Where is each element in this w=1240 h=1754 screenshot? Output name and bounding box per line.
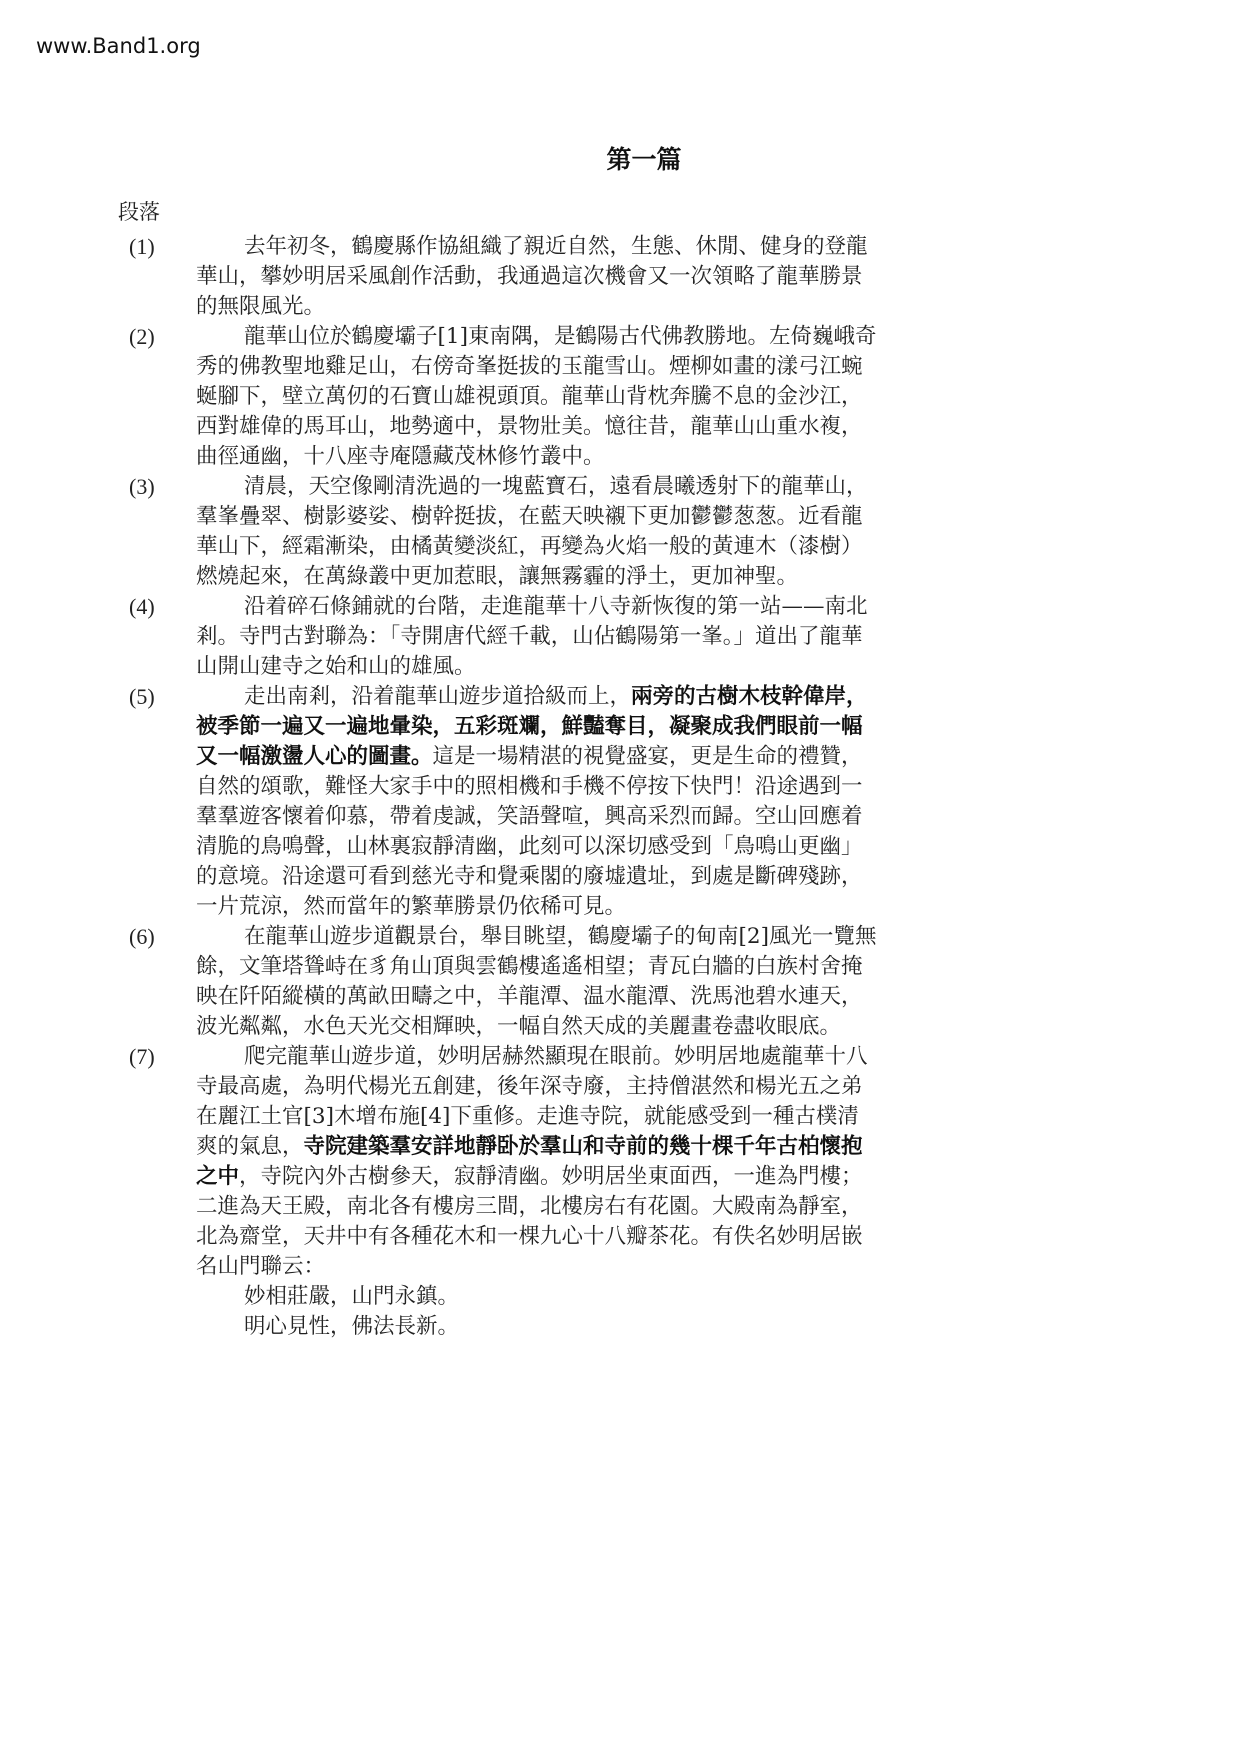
paragraph-body: 去年初冬，鶴慶縣作協組織了親近自然，生態、休閒、健身的登龍華山，攀妙明居采風創作… xyxy=(196,232,976,322)
text-line: 剎。寺門古對聯為：「寺開唐代經千載，山佔鶴陽第一峯。」道出了龍華 xyxy=(196,622,976,652)
bold-text: 被季節一遍又一遍地暈染，五彩斑斕，鮮豔奪目，凝聚成我們眼前一幅 xyxy=(196,714,863,739)
section-label: 段落 xyxy=(118,196,160,226)
document-title: 第一篇 xyxy=(0,140,1240,176)
paragraph: (1)去年初冬，鶴慶縣作協組織了親近自然，生態、休閒、健身的登龍華山，攀妙明居采… xyxy=(0,232,1240,322)
text-segment: 羣峯疊翠、樹影婆娑、樹幹挺拔，在藍天映襯下更加鬱鬱葱葱。近看龍 xyxy=(196,504,863,529)
paragraph-number: (4) xyxy=(129,592,155,622)
text-line: 又一幅激盪人心的圖畫。這是一場精湛的視覺盛宴，更是生命的禮贊， xyxy=(196,742,976,772)
text-line: 秀的佛教聖地雞足山，右傍奇峯挺拔的玉龍雪山。煙柳如畫的漾弓江蜿 xyxy=(196,352,976,382)
paragraph-body: 在龍華山遊步道觀景台，舉目眺望，鶴慶壩子的甸南[2]風光一覽無餘，文筆塔聳峙在豸… xyxy=(196,922,976,1042)
text-segment: 秀的佛教聖地雞足山，右傍奇峯挺拔的玉龍雪山。煙柳如畫的漾弓江蜿 xyxy=(196,354,863,379)
text-segment: 爽的氣息， xyxy=(196,1134,304,1159)
text-segment: 自然的頌歌，難怪大家手中的照相機和手機不停按下快門！沿途遇到一 xyxy=(196,774,863,799)
text-line: 爬完龍華山遊步道，妙明居赫然顯現在眼前。妙明居地處龍華十八 xyxy=(196,1042,976,1072)
text-line: 的意境。沿途還可看到慈光寺和覺乘閣的廢墟遺址，到處是斷碑殘跡， xyxy=(196,862,976,892)
text-segment: 名山門聯云： xyxy=(196,1254,325,1279)
text-segment: 曲徑通幽，十八座寺庵隱藏茂林修竹叢中。 xyxy=(196,444,605,469)
text-line: 二進為天王殿，南北各有樓房三間，北樓房右有花園。大殿南為靜室， xyxy=(196,1192,976,1222)
text-line: 名山門聯云： xyxy=(196,1252,976,1282)
text-segment: 波光粼粼，水色天光交相輝映，一幅自然天成的美麗畫卷盡收眼底。 xyxy=(196,1014,841,1039)
text-segment: 的意境。沿途還可看到慈光寺和覺乘閣的廢墟遺址，到處是斷碑殘跡， xyxy=(196,864,863,889)
text-line: 羣羣遊客懷着仰慕，帶着虔誠，笑語聲喧，興高采烈而歸。空山回應着 xyxy=(196,802,976,832)
text-segment: 去年初冬，鶴慶縣作協組織了親近自然，生態、休閒、健身的登龍 xyxy=(244,234,868,259)
paragraph: (2)龍華山位於鶴慶壩子[1]東南隅，是鶴陽古代佛教勝地。左倚巍峨奇秀的佛教聖地… xyxy=(0,322,1240,472)
text-segment: 爬完龍華山遊步道，妙明居赫然顯現在眼前。妙明居地處龍華十八 xyxy=(244,1044,868,1069)
paragraph: (6)在龍華山遊步道觀景台，舉目眺望，鶴慶壩子的甸南[2]風光一覽無餘，文筆塔聳… xyxy=(0,922,1240,1042)
text-segment: 清脆的鳥鳴聲，山林裏寂靜清幽，此刻可以深切感受到「鳥鳴山更幽」 xyxy=(196,834,863,859)
text-line: 沿着碎石條鋪就的台階，走進龍華十八寺新恢復的第一站——南北 xyxy=(196,592,976,622)
text-line: 蜒腳下，壁立萬仞的石寶山雄視頭頂。龍華山背枕奔騰不息的金沙江， xyxy=(196,382,976,412)
paragraph-number: (1) xyxy=(129,232,155,262)
paragraph-list: (1)去年初冬，鶴慶縣作協組織了親近自然，生態、休閒、健身的登龍華山，攀妙明居采… xyxy=(0,232,1240,1342)
text-line: 曲徑通幽，十八座寺庵隱藏茂林修竹叢中。 xyxy=(196,442,976,472)
text-line: 去年初冬，鶴慶縣作協組織了親近自然，生態、休閒、健身的登龍 xyxy=(196,232,976,262)
text-line: 清晨，天空像剛清洗過的一塊藍寶石，遠看晨曦透射下的龍華山， xyxy=(196,472,976,502)
paragraph-body: 龍華山位於鶴慶壩子[1]東南隅，是鶴陽古代佛教勝地。左倚巍峨奇秀的佛教聖地雞足山… xyxy=(196,322,976,472)
text-line: 在龍華山遊步道觀景台，舉目眺望，鶴慶壩子的甸南[2]風光一覽無 xyxy=(196,922,976,952)
text-line: 龍華山位於鶴慶壩子[1]東南隅，是鶴陽古代佛教勝地。左倚巍峨奇 xyxy=(196,322,976,352)
paragraph-number: (7) xyxy=(129,1042,155,1072)
text-line: 羣峯疊翠、樹影婆娑、樹幹挺拔，在藍天映襯下更加鬱鬱葱葱。近看龍 xyxy=(196,502,976,532)
paragraph: (5)走出南剎，沿着龍華山遊步道拾級而上，兩旁的古樹木枝幹偉岸，被季節一遍又一遍… xyxy=(0,682,1240,922)
text-segment: 在麗江土官[3]木增布施[4]下重修。走進寺院，就能感受到一種古樸清 xyxy=(196,1104,859,1129)
text-line: 之中，寺院內外古樹參天，寂靜清幽。妙明居坐東面西，一進為門樓； xyxy=(196,1162,976,1192)
text-line: 清脆的鳥鳴聲，山林裏寂靜清幽，此刻可以深切感受到「鳥鳴山更幽」 xyxy=(196,832,976,862)
text-segment: 映在阡陌縱橫的萬畝田疇之中，羊龍潭、温水龍潭、洗馬池碧水連天， xyxy=(196,984,863,1009)
text-segment: ，寺院內外古樹參天，寂靜清幽。妙明居坐東面西，一進為門樓； xyxy=(239,1164,863,1189)
text-segment: 北為齋堂，天井中有各種花木和一棵九心十八瓣茶花。有佚名妙明居嵌 xyxy=(196,1224,863,1249)
text-line: 在麗江土官[3]木增布施[4]下重修。走進寺院，就能感受到一種古樸清 xyxy=(196,1102,976,1132)
text-segment: 走出南剎，沿着龍華山遊步道拾級而上， xyxy=(244,684,631,709)
paragraph-body: 清晨，天空像剛清洗過的一塊藍寶石，遠看晨曦透射下的龍華山，羣峯疊翠、樹影婆娑、樹… xyxy=(196,472,976,592)
text-segment: 一片荒涼，然而當年的繁華勝景仍依稀可見。 xyxy=(196,894,626,919)
text-segment: 龍華山位於鶴慶壩子[1]東南隅，是鶴陽古代佛教勝地。左倚巍峨奇 xyxy=(244,324,876,349)
text-segment: 剎。寺門古對聯為：「寺開唐代經千載，山佔鶴陽第一峯。」道出了龍華 xyxy=(196,624,863,649)
couplet-line: 明心見性，佛法長新。 xyxy=(196,1312,976,1342)
bold-text: 之中 xyxy=(196,1164,239,1189)
paragraph-number: (6) xyxy=(129,922,155,952)
text-line: 波光粼粼，水色天光交相輝映，一幅自然天成的美麗畫卷盡收眼底。 xyxy=(196,1012,976,1042)
text-segment: 山開山建寺之始和山的雄風。 xyxy=(196,654,476,679)
bold-text: 兩旁的古樹木枝幹偉岸， xyxy=(631,684,868,709)
text-segment: 餘，文筆塔聳峙在豸角山頂與雲鶴樓遙遙相望；青瓦白牆的白族村舍掩 xyxy=(196,954,863,979)
couplet-line: 妙相莊嚴，山門永鎮。 xyxy=(196,1282,976,1312)
paragraph: (7)爬完龍華山遊步道，妙明居赫然顯現在眼前。妙明居地處龍華十八寺最高處，為明代… xyxy=(0,1042,1240,1342)
text-segment: 華山下，經霜漸染，由橘黃變淡紅，再變為火焰一般的黃連木（漆樹） xyxy=(196,534,863,559)
text-line: 山開山建寺之始和山的雄風。 xyxy=(196,652,976,682)
text-line: 映在阡陌縱橫的萬畝田疇之中，羊龍潭、温水龍潭、洗馬池碧水連天， xyxy=(196,982,976,1012)
text-line: 餘，文筆塔聳峙在豸角山頂與雲鶴樓遙遙相望；青瓦白牆的白族村舍掩 xyxy=(196,952,976,982)
text-line: 北為齋堂，天井中有各種花木和一棵九心十八瓣茶花。有佚名妙明居嵌 xyxy=(196,1222,976,1252)
text-segment: 西對雄偉的馬耳山，地勢適中，景物壯美。憶往昔，龍華山山重水複， xyxy=(196,414,863,439)
text-segment: 這是一場精湛的視覺盛宴，更是生命的禮贊， xyxy=(433,744,863,769)
text-line: 爽的氣息，寺院建築羣安詳地靜卧於羣山和寺前的幾十棵千年古柏懷抱 xyxy=(196,1132,976,1162)
text-line: 一片荒涼，然而當年的繁華勝景仍依稀可見。 xyxy=(196,892,976,922)
text-line: 的無限風光。 xyxy=(196,292,976,322)
paragraph-body: 走出南剎，沿着龍華山遊步道拾級而上，兩旁的古樹木枝幹偉岸，被季節一遍又一遍地暈染… xyxy=(196,682,976,922)
paragraph-body: 爬完龍華山遊步道，妙明居赫然顯現在眼前。妙明居地處龍華十八寺最高處，為明代楊光五… xyxy=(196,1042,976,1342)
text-line: 寺最高處，為明代楊光五創建，後年深寺廢，主持僧湛然和楊光五之弟 xyxy=(196,1072,976,1102)
text-segment: 羣羣遊客懷着仰慕，帶着虔誠，笑語聲喧，興高采烈而歸。空山回應着 xyxy=(196,804,863,829)
bold-text: 又一幅激盪人心的圖畫。 xyxy=(196,744,433,769)
paragraph-number: (3) xyxy=(129,472,155,502)
text-segment: 在龍華山遊步道觀景台，舉目眺望，鶴慶壩子的甸南[2]風光一覽無 xyxy=(244,924,876,949)
text-line: 華山下，經霜漸染，由橘黃變淡紅，再變為火焰一般的黃連木（漆樹） xyxy=(196,532,976,562)
paragraph: (4)沿着碎石條鋪就的台階，走進龍華十八寺新恢復的第一站——南北剎。寺門古對聯為… xyxy=(0,592,1240,682)
paragraph-number: (5) xyxy=(129,682,155,712)
text-segment: 寺最高處，為明代楊光五創建，後年深寺廢，主持僧湛然和楊光五之弟 xyxy=(196,1074,863,1099)
text-segment: 沿着碎石條鋪就的台階，走進龍華十八寺新恢復的第一站——南北 xyxy=(244,594,868,619)
text-line: 自然的頌歌，難怪大家手中的照相機和手機不停按下快門！沿途遇到一 xyxy=(196,772,976,802)
text-segment: 清晨，天空像剛清洗過的一塊藍寶石，遠看晨曦透射下的龍華山， xyxy=(244,474,868,499)
text-segment: 蜒腳下，壁立萬仞的石寶山雄視頭頂。龍華山背枕奔騰不息的金沙江， xyxy=(196,384,863,409)
paragraph-body: 沿着碎石條鋪就的台階，走進龍華十八寺新恢復的第一站——南北剎。寺門古對聯為：「寺… xyxy=(196,592,976,682)
text-line: 華山，攀妙明居采風創作活動，我通過這次機會又一次領略了龍華勝景 xyxy=(196,262,976,292)
bold-text: 寺院建築羣安詳地靜卧於羣山和寺前的幾十棵千年古柏懷抱 xyxy=(304,1134,863,1159)
text-segment: 的無限風光。 xyxy=(196,294,325,319)
text-line: 走出南剎，沿着龍華山遊步道拾級而上，兩旁的古樹木枝幹偉岸， xyxy=(196,682,976,712)
site-url: www.Band1.org xyxy=(36,34,201,58)
paragraph: (3)清晨，天空像剛清洗過的一塊藍寶石，遠看晨曦透射下的龍華山，羣峯疊翠、樹影婆… xyxy=(0,472,1240,592)
text-segment: 二進為天王殿，南北各有樓房三間，北樓房右有花園。大殿南為靜室， xyxy=(196,1194,863,1219)
text-line: 被季節一遍又一遍地暈染，五彩斑斕，鮮豔奪目，凝聚成我們眼前一幅 xyxy=(196,712,976,742)
paragraph-number: (2) xyxy=(129,322,155,352)
text-segment: 華山，攀妙明居采風創作活動，我通過這次機會又一次領略了龍華勝景 xyxy=(196,264,863,289)
text-segment: 燃燒起來，在萬綠叢中更加惹眼，讓無霧霾的淨土，更加神聖。 xyxy=(196,564,798,589)
text-line: 燃燒起來，在萬綠叢中更加惹眼，讓無霧霾的淨土，更加神聖。 xyxy=(196,562,976,592)
text-line: 西對雄偉的馬耳山，地勢適中，景物壯美。憶往昔，龍華山山重水複， xyxy=(196,412,976,442)
